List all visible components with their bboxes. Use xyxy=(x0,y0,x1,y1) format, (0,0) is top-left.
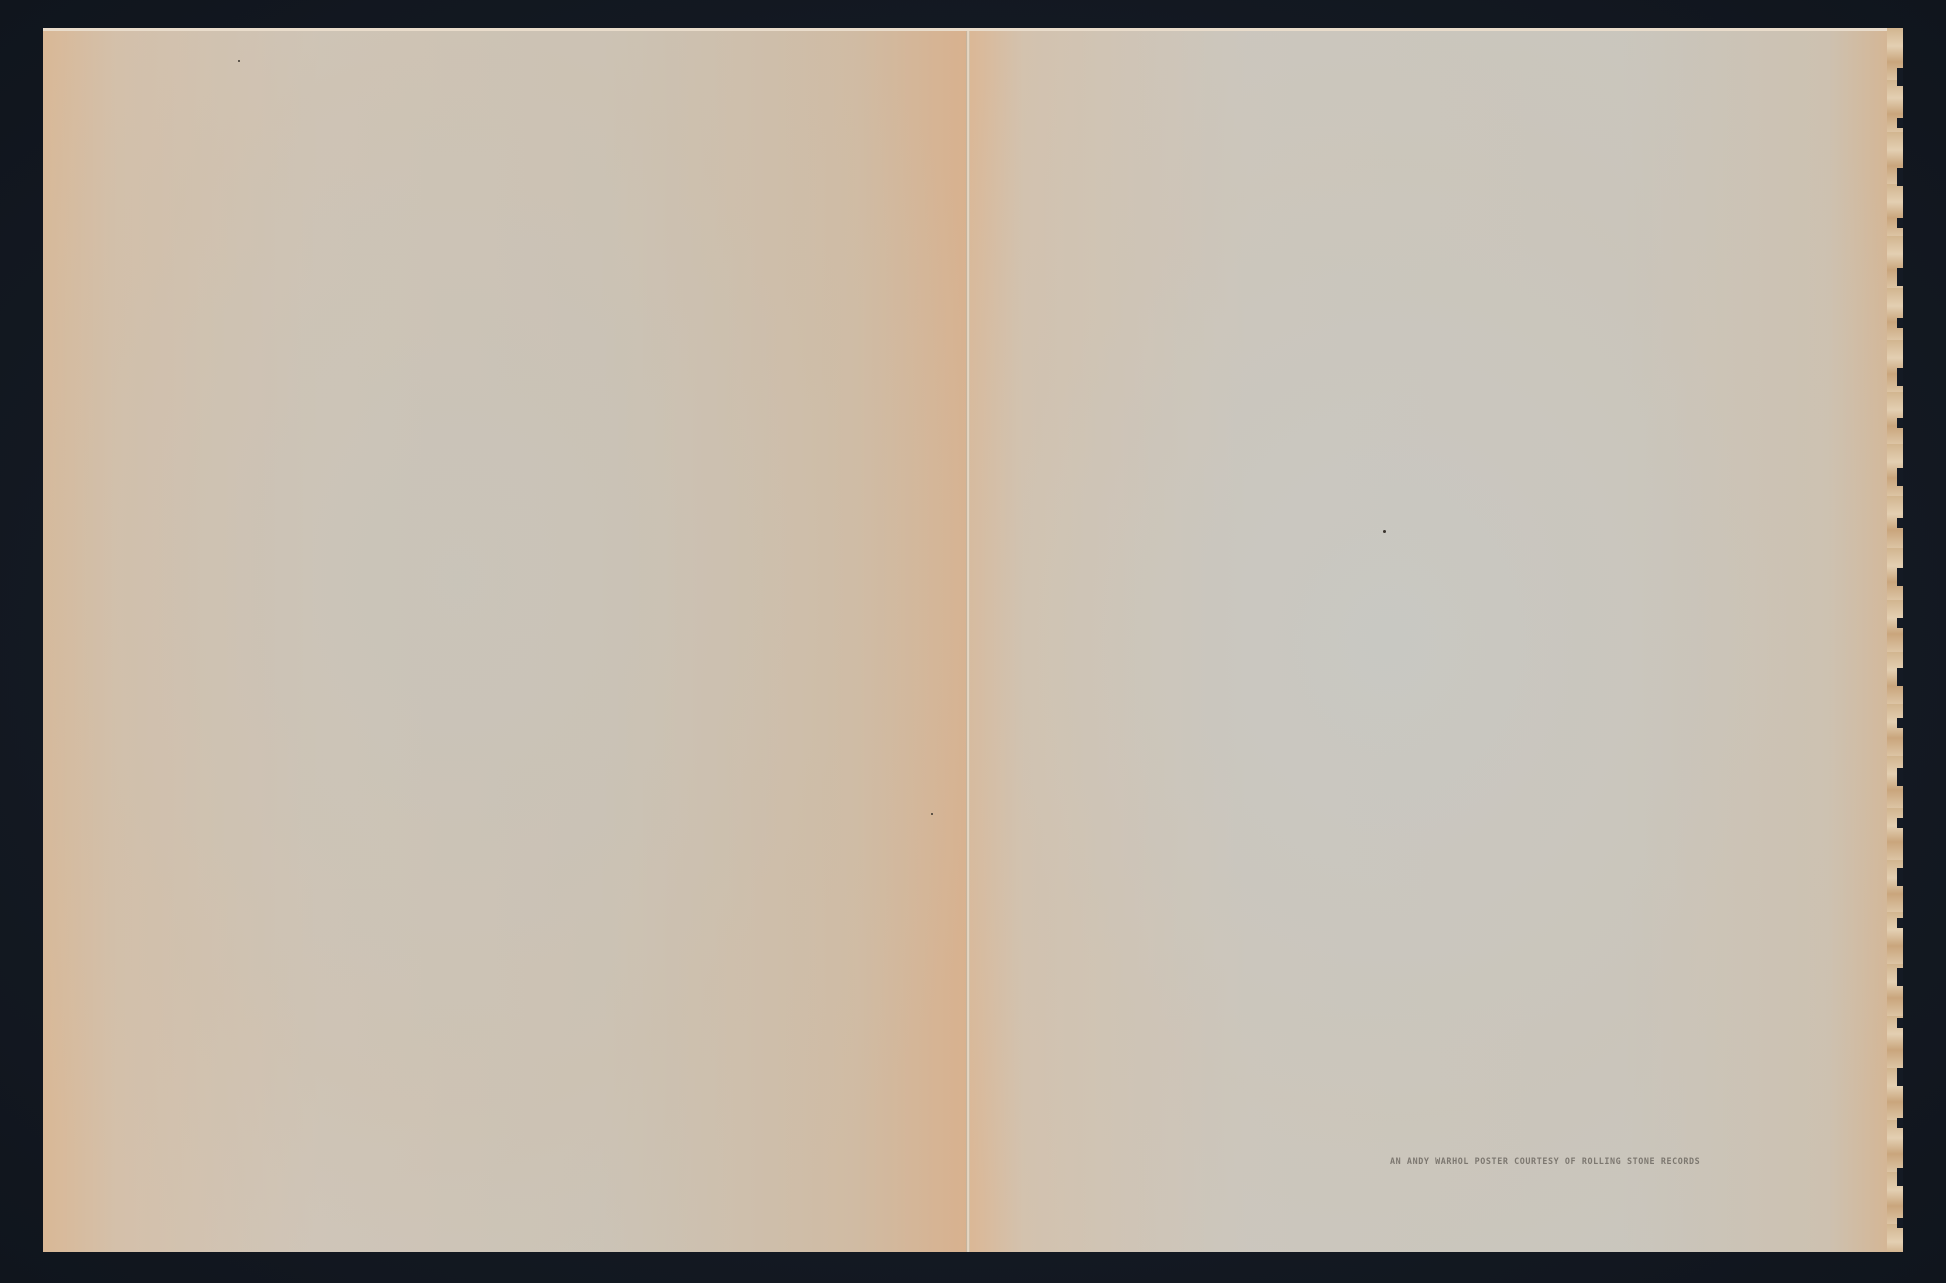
ink-speck xyxy=(931,813,933,815)
poster-sheet: AN ANDY WARHOL POSTER COURTESY OF ROLLIN… xyxy=(43,28,1903,1252)
ink-speck xyxy=(238,60,240,62)
poster-right-panel xyxy=(968,28,1903,1252)
poster-credit-text: AN ANDY WARHOL POSTER COURTESY OF ROLLIN… xyxy=(1390,1156,1700,1166)
torn-edge-notches xyxy=(1897,28,1903,1252)
paper-top-edge xyxy=(43,28,1903,31)
center-fold-line xyxy=(966,28,970,1252)
poster-left-panel xyxy=(43,28,968,1252)
ink-speck xyxy=(1383,530,1386,533)
